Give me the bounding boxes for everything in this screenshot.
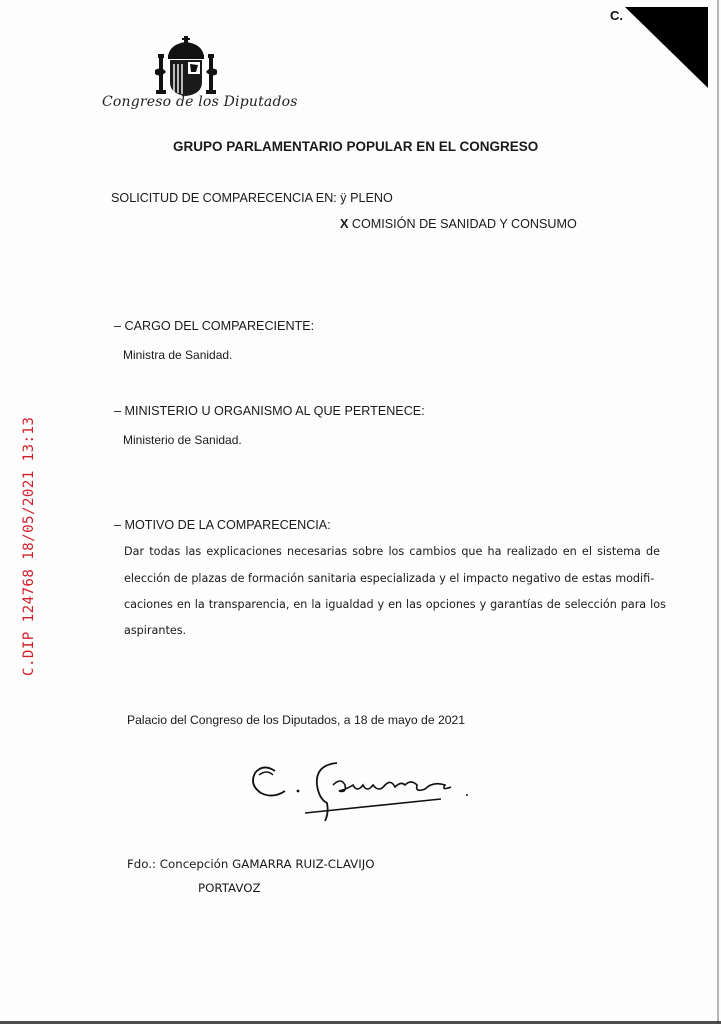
request-label-text: SOLICITUD DE COMPARECENCIA EN: xyxy=(111,191,337,205)
pleno-option-label: PLENO xyxy=(350,191,393,205)
signed-by: Fdo.: Concepción GAMARRA RUIZ-CLAVIJO xyxy=(127,857,374,871)
section-heading-motivo: – MOTIVO DE LA COMPARECENCIA: xyxy=(114,518,331,532)
comision-option-label: COMISIÓN DE SANIDAD Y CONSUMO xyxy=(352,217,577,231)
place-date: Palacio del Congreso de los Diputados, a… xyxy=(127,713,465,727)
page-edge-right xyxy=(717,0,719,1024)
request-label: SOLICITUD DE COMPARECENCIA EN: ÿ PLENO xyxy=(111,191,393,205)
section-value-cargo: Ministra de Sanidad. xyxy=(123,348,232,362)
group-title: GRUPO PARLAMENTARIO POPULAR EN EL CONGRE… xyxy=(173,139,538,154)
signer-role: PORTAVOZ xyxy=(198,881,261,895)
motivo-line-3: caciones en la transparencia, en la igua… xyxy=(124,598,666,611)
triangle-corner-icon xyxy=(613,0,708,90)
registry-stamp: C.DIP 124768 18/05/2021 13:13 xyxy=(21,417,37,676)
comision-checkbox-marker: X xyxy=(340,217,348,231)
corner-label: C. xyxy=(610,8,623,23)
section-heading-cargo: – CARGO DEL COMPARECIENTE: xyxy=(114,319,314,333)
section-heading-ministerio: – MINISTERIO U ORGANISMO AL QUE PERTENEC… xyxy=(114,404,425,418)
comision-option: X COMISIÓN DE SANIDAD Y CONSUMO xyxy=(340,217,577,231)
institution-logo-text: Congreso de los Diputados xyxy=(102,94,298,110)
motivo-line-4: aspirantes. xyxy=(124,624,186,637)
motivo-line-2: elección de plazas de formación sanitari… xyxy=(124,572,654,585)
coat-of-arms-icon xyxy=(100,34,280,124)
handwritten-signature xyxy=(245,755,475,825)
section-value-ministerio: Ministerio de Sanidad. xyxy=(123,433,242,447)
pleno-checkbox-marker: ÿ xyxy=(340,191,346,205)
motivo-line-1: Dar todas las explicaciones necesarias s… xyxy=(124,545,660,558)
